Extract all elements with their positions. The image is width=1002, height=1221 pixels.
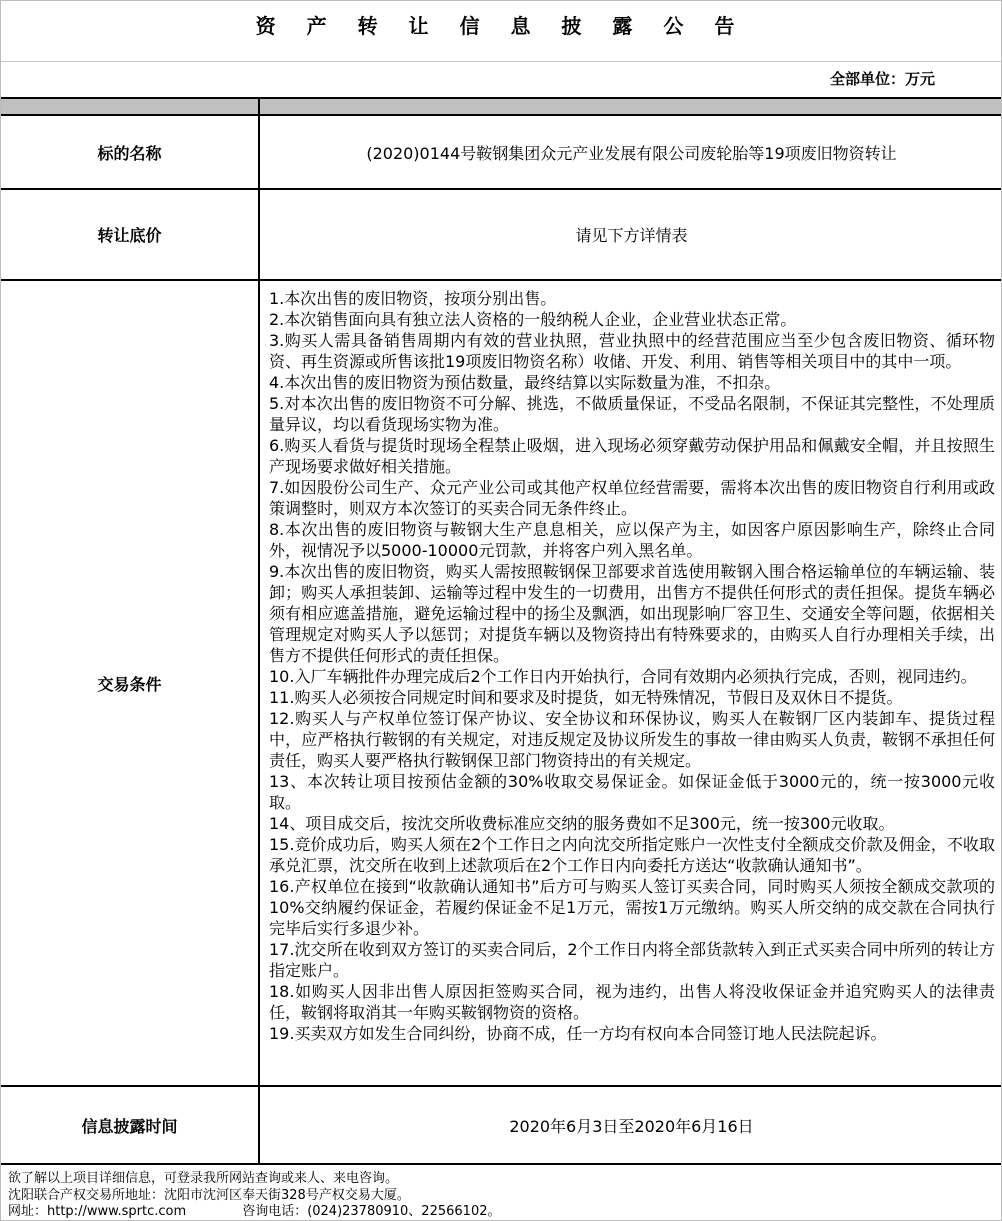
- condition-item: 2.本次销售面向具有独立法人资格的一般纳税人企业，企业营业状态正常。: [269, 309, 995, 330]
- table-header-band: [1, 97, 1002, 114]
- condition-item: 13、本次转让项目按预估金额的30%收取交易保证金。如保证金低于3000元的，统…: [269, 771, 995, 813]
- page-title: 资 产 转 让 信 息 披 露 公 告: [1, 10, 1001, 39]
- condition-item: 12.购买人与产权单位签订保产协议、安全协议和环保协议，购买人在鞍钢厂区内装卸车…: [269, 708, 995, 771]
- table-row-price: 转让底价 请见下方详情表: [1, 188, 1002, 279]
- condition-item: 16.产权单位在接到“收款确认通知书”后方可与购买人签订买卖合同，同时购买人须按…: [269, 876, 995, 939]
- condition-item: 15.竞价成功后，购买人须在2个工作日之内向沈交所指定账户一次性支付全额成交价款…: [269, 834, 995, 876]
- conditions-list: 1.本次出售的废旧物资，按项分别出售。2.本次销售面向具有独立法人资格的一般纳税…: [260, 281, 1002, 1085]
- condition-item: 1.本次出售的废旧物资，按项分别出售。: [269, 288, 995, 309]
- footer-url: 网址：http://www.sprtc.com: [8, 1204, 186, 1219]
- condition-item: 14、项目成交后，按沈交所收费标准应交纳的服务费如不足300元，统一按300元收…: [269, 813, 995, 834]
- price-label: 转让底价: [1, 190, 260, 279]
- table-row-conditions: 交易条件 1.本次出售的废旧物资，按项分别出售。2.本次销售面向具有独立法人资格…: [1, 279, 1002, 1085]
- subject-label: 标的名称: [1, 116, 260, 188]
- header-band-value-cell: [260, 99, 1002, 114]
- condition-item: 3.购买人需具备销售周期内有效的营业执照，营业执照中的经营范围应当至少包含废旧物…: [269, 330, 995, 372]
- header-band-label-cell: [1, 99, 260, 114]
- condition-item: 17.沈交所在收到双方签订的买卖合同后，2个工作日内将全部货款转入到正式买卖合同…: [269, 939, 995, 981]
- price-value: 请见下方详情表: [260, 190, 1002, 279]
- disclosure-time-value: 2020年6月3日至2020年6月16日: [260, 1087, 1002, 1163]
- condition-item: 11.购买人必须按合同规定时间和要求及时提货，如无特殊情况，节假日及双休日不提货…: [269, 687, 995, 708]
- condition-item: 18.如购买人因非出售人原因拒签购买合同，视为违约，出售人将没收保证金并追究购买…: [269, 981, 995, 1023]
- conditions-label: 交易条件: [1, 281, 260, 1085]
- table-row-subject: 标的名称 (2020)0144号鞍钢集团众元产业发展有限公司废轮胎等19项废旧物…: [1, 114, 1002, 188]
- condition-item: 6.购买人看货与提货时现场全程禁止吸烟，进入现场必须穿戴劳动保护用品和佩戴安全帽…: [269, 435, 995, 477]
- condition-item: 4.本次出售的废旧物资为预估数量，最终结算以实际数量为准，不扣杂。: [269, 372, 995, 393]
- announcement-page: 资 产 转 让 信 息 披 露 公 告 全部单位：万元 标的名称 (2020)0…: [0, 0, 1002, 1221]
- unit-note: 全部单位：万元: [1, 68, 1001, 89]
- condition-item: 5.对本次出售的废旧物资不可分解、挑选，不做质量保证，不受品名限制，不保证其完整…: [269, 393, 995, 435]
- footer-contact-line: 网址：http://www.sprtc.com咨询电话：(024)2378091…: [8, 1204, 1001, 1221]
- table-row-disclosure-time: 信息披露时间 2020年6月3日至2020年6月16日: [1, 1085, 1002, 1163]
- footer-address-line: 沈阳联合产权交易所地址：沈阳市沈河区奉天街328号产权交易大厦。: [8, 1188, 1001, 1205]
- header-divider: [1, 61, 1001, 62]
- footer: 欲了解以上项目详细信息，可登录我所网站查询或来人、来电咨询。 沈阳联合产权交易所…: [1, 1165, 1001, 1221]
- subject-value: (2020)0144号鞍钢集团众元产业发展有限公司废轮胎等19项废旧物资转让: [260, 116, 1002, 188]
- condition-item: 19.买卖双方如发生合同纠纷，协商不成，任一方均有权向本合同签订地人民法院起诉。: [269, 1023, 995, 1044]
- footer-info-line: 欲了解以上项目详细信息，可登录我所网站查询或来人、来电咨询。: [8, 1171, 1001, 1188]
- condition-item: 10.入厂车辆批件办理完成后2个工作日内开始执行，合同有效期内必须执行完成，否则…: [269, 666, 995, 687]
- footer-phone: 咨询电话：(024)23780910、22566102。: [242, 1204, 500, 1219]
- condition-item: 9.本次出售的废旧物资，购买人需按照鞍钢保卫部要求首选使用鞍钢入围合格运输单位的…: [269, 561, 995, 666]
- disclosure-table: 标的名称 (2020)0144号鞍钢集团众元产业发展有限公司废轮胎等19项废旧物…: [1, 97, 1002, 1165]
- condition-item: 8.本次出售的废旧物资与鞍钢大生产息息相关，应以保产为主，如因客户原因影响生产，…: [269, 519, 995, 561]
- condition-item: 7.如因股份公司生产、众元产业公司或其他产权单位经营需要，需将本次出售的废旧物资…: [269, 477, 995, 519]
- disclosure-time-label: 信息披露时间: [1, 1087, 260, 1163]
